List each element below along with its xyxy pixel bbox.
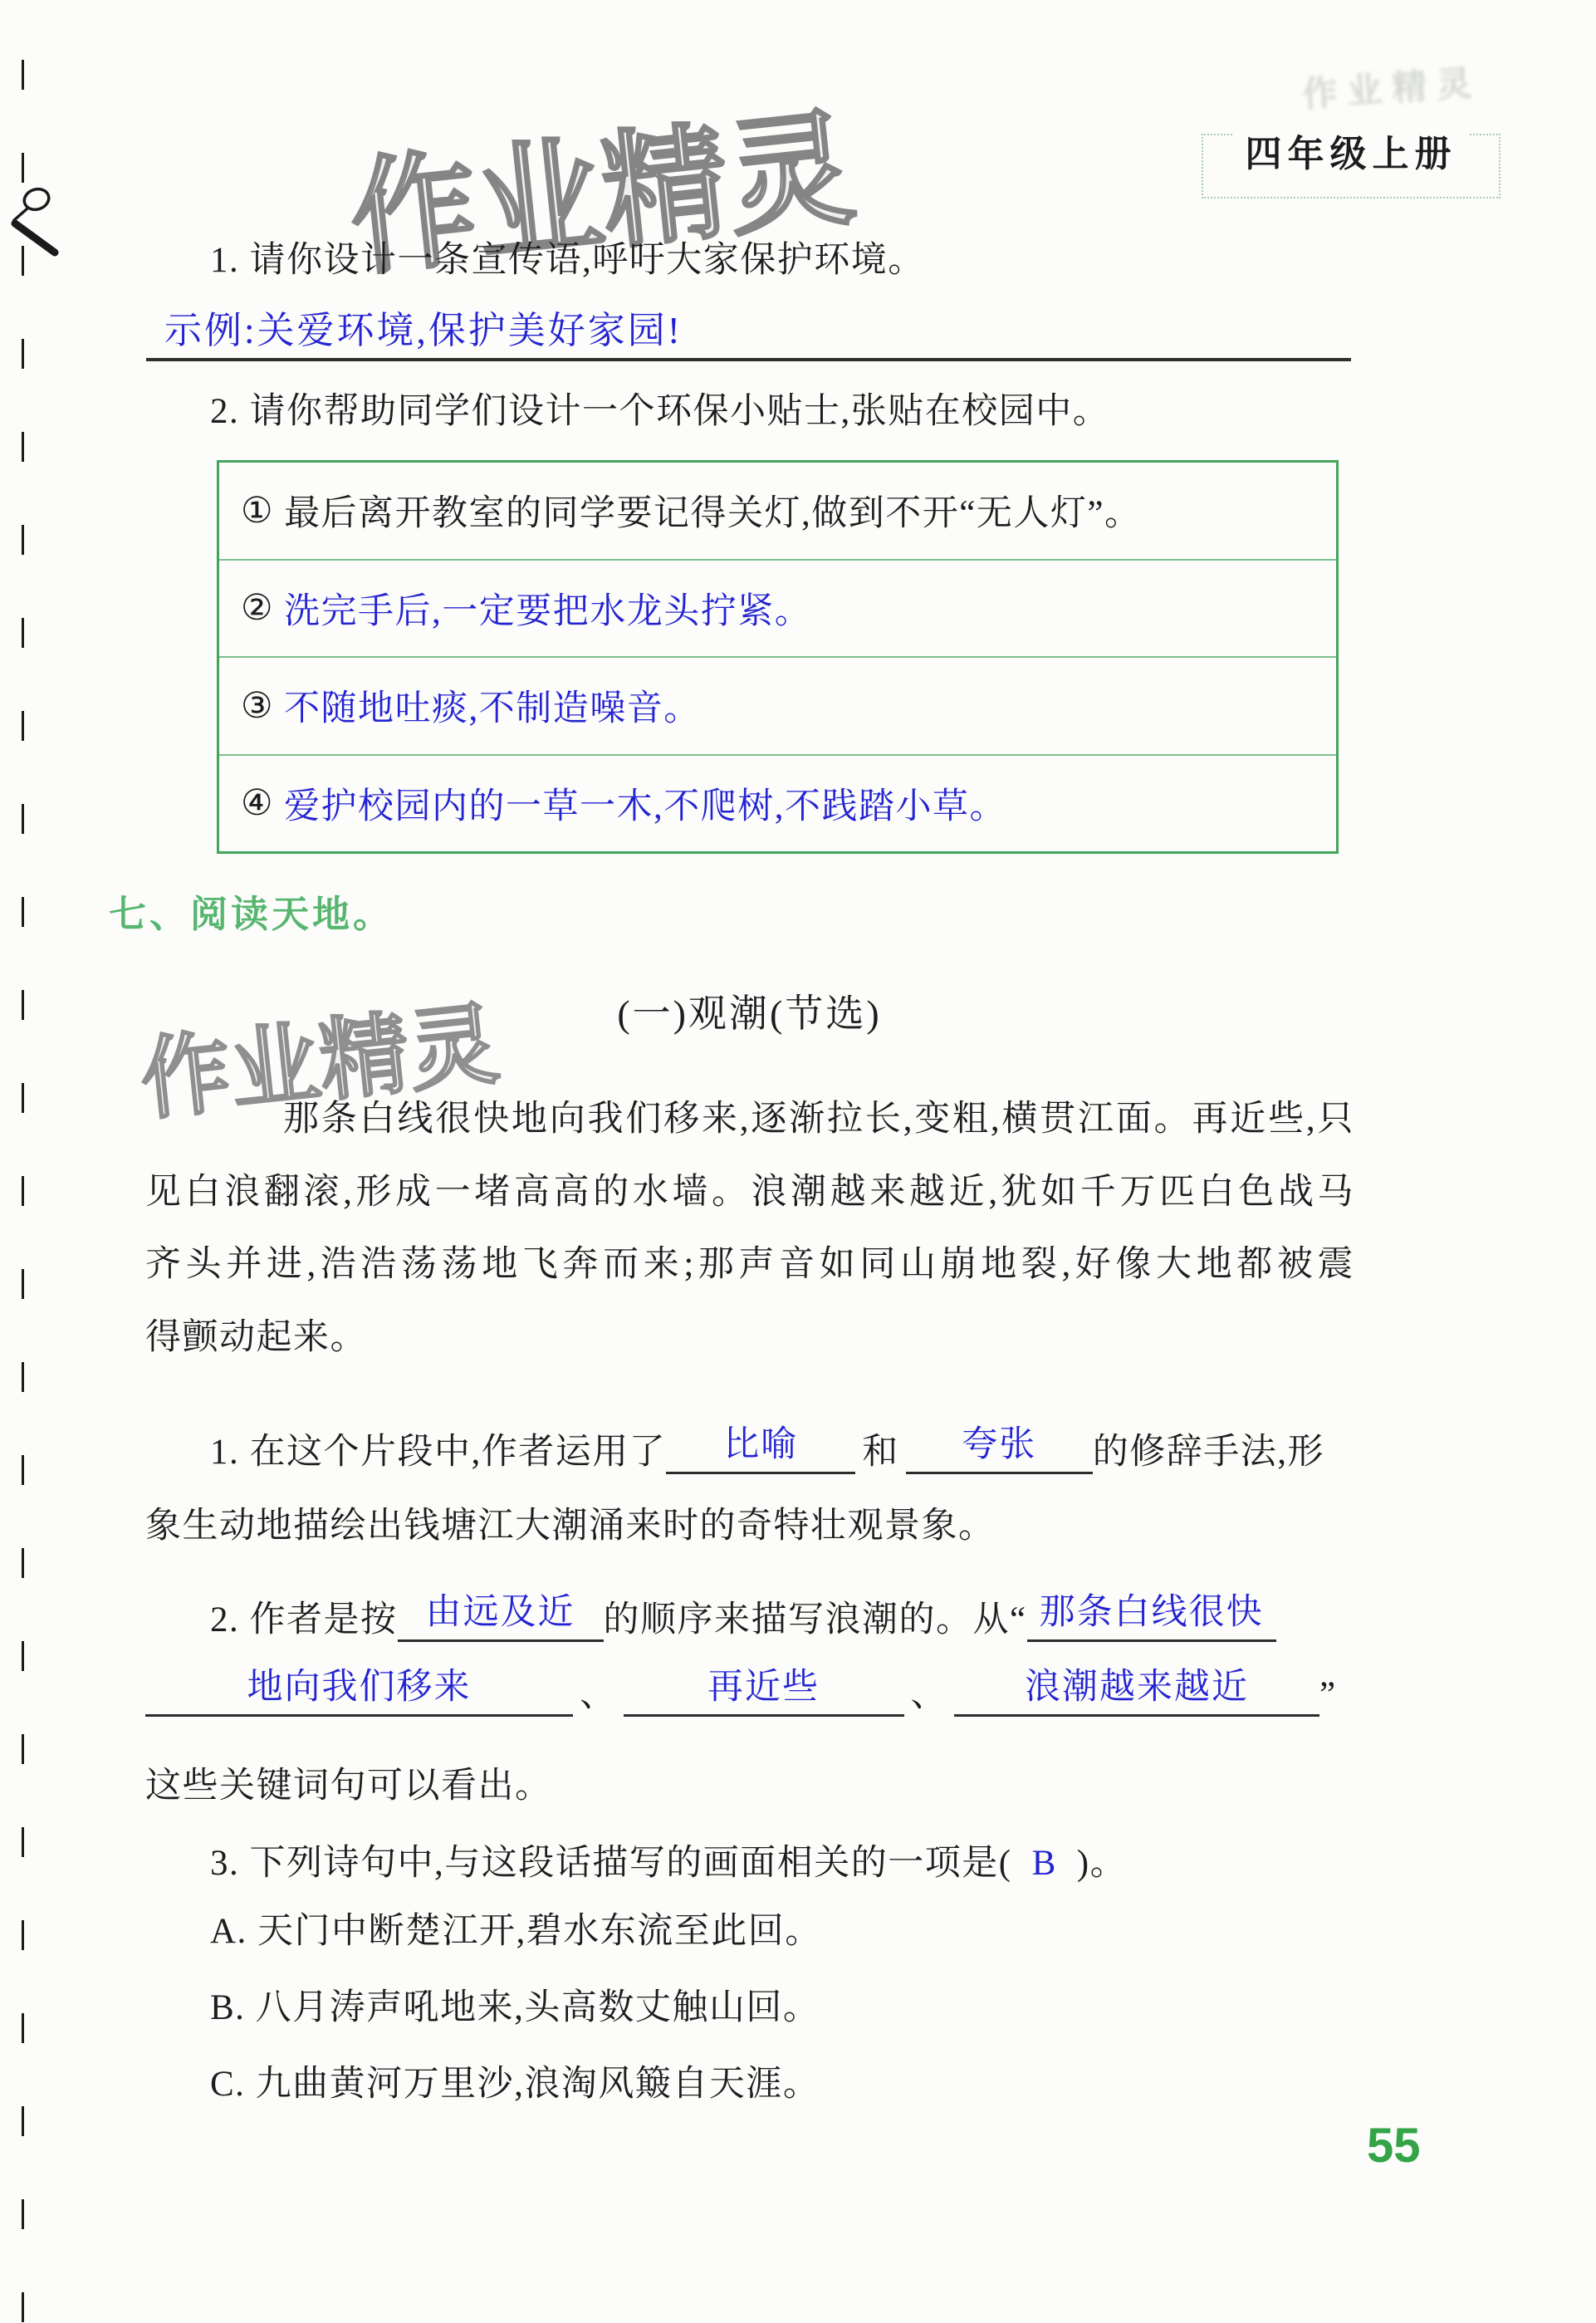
page-number: 55 [1367, 2118, 1421, 2174]
reading-q2-line-1: 2. 作者是按由远及近的顺序来描写浪潮的。从“那条白线很快 [210, 1596, 1276, 1642]
answer-underline [146, 358, 1351, 361]
option-c: C. 九曲黄河万里沙,浪淘风簸自天涯。 [210, 2063, 820, 2106]
tip-row-1: ① 最后离开教室的同学要记得关灯,做到不开“无人灯”。 [219, 463, 1336, 559]
tip-text: 不随地吐痰,不制造噪音。 [284, 680, 701, 731]
blank-answer: 浪潮越来越近 [1025, 1668, 1249, 1707]
fill-blank: 夸张 [906, 1429, 1093, 1474]
passage-line-1: 那条白线很快地向我们移来,逐渐拉长,变粗,横贯江面。再近些,只 [283, 1098, 1354, 1141]
reading-q2-mid: 的顺序来描写浪潮的。从“ [604, 1600, 1027, 1639]
reading-q1-line-2: 象生动地描绘出钱塘江大潮涌来时的奇特壮观景象。 [145, 1505, 996, 1548]
section-heading: 七、阅读天地。 [109, 884, 394, 938]
tip-text: 最后离开教室的同学要记得关灯,做到不开“无人灯”。 [284, 485, 1141, 536]
tip-row-4: ④ 爱护校园内的一草一木,不爬树,不践踏小草。 [219, 754, 1336, 852]
blank-answer: 夸张 [962, 1425, 1036, 1464]
grade-badge-label: 四年级上册 [1234, 124, 1469, 177]
reading-q2-line-2: 地向我们移来、再近些、浪潮越来越近” [145, 1671, 1337, 1717]
workbook-page: 作业精灵 四年级上册 作业精灵 作业精灵 1. 请你设计一条宣传语,呼吁大家保护… [0, 0, 1596, 2323]
option-a: A. 天门中断楚江开,碧水东流至此回。 [210, 1910, 822, 1953]
reading-q2-line-3: 这些关键词句可以看出。 [145, 1765, 552, 1808]
passage-line-3: 齐头并进,浩浩荡荡地飞奔而来;那声音如同山崩地裂,好像大地都被震 [145, 1243, 1354, 1286]
tip-row-3: ③ 不随地吐痰,不制造噪音。 [219, 656, 1336, 754]
reading-title: (一)观潮(节选) [145, 983, 1354, 1038]
passage-line-2: 见白浪翻滚,形成一堵高高的水墙。浪潮越来越近,犹如千万匹白色战马 [145, 1171, 1354, 1214]
reading-q2-prefix: 2. 作者是按 [210, 1600, 398, 1639]
closing-quote: ” [1319, 1675, 1337, 1714]
tip-number: ② [241, 587, 274, 629]
reading-q1-line-1: 1. 在这个片段中,作者运用了比喻和夸张的修辞手法,形 [210, 1429, 1324, 1474]
option-b: B. 八月涛声吼地来,头高数丈触山回。 [210, 1987, 820, 2030]
pin-icon [2, 173, 68, 272]
reading-q1-mid: 和 [855, 1431, 906, 1474]
fill-blank: 那条白线很快 [1027, 1596, 1276, 1642]
fill-blank: 由远及近 [398, 1596, 604, 1642]
tip-text: 爱护校园内的一草一木,不爬树,不践踏小草。 [284, 778, 1006, 829]
question-1-answer: 示例:关爱环境,保护美好家园! [164, 309, 683, 352]
reading-q3-suffix: )。 [1077, 1844, 1127, 1883]
question-1: 1. 请你设计一条宣传语,呼吁大家保护环境。 [210, 239, 925, 282]
list-separator: 、 [573, 1674, 624, 1717]
tip-number: ③ [241, 685, 274, 727]
blank-answer: 比喻 [723, 1425, 798, 1464]
blank-answer: 那条白线很快 [1040, 1593, 1264, 1632]
binding-dashed-line [22, 60, 24, 2323]
question-2: 2. 请你帮助同学们设计一个环保小贴士,张贴在校园中。 [210, 390, 1109, 434]
passage-line-4: 得颤动起来。 [145, 1316, 367, 1360]
grade-badge: 四年级上册 [1202, 134, 1501, 198]
reading-q3-line: 3. 下列诗句中,与这段话描写的画面相关的一项是(B)。 [210, 1842, 1127, 1885]
blank-answer: 再近些 [707, 1668, 820, 1707]
eco-tips-table: ① 最后离开教室的同学要记得关灯,做到不开“无人灯”。 ② 洗完手后,一定要把水… [217, 460, 1339, 854]
fill-blank: 再近些 [624, 1671, 904, 1717]
tip-text: 洗完手后,一定要把水龙头拧紧。 [284, 583, 811, 634]
list-separator: 、 [904, 1674, 955, 1717]
reading-q3-prefix: 3. 下列诗句中,与这段话描写的画面相关的一项是( [210, 1844, 1012, 1883]
choice-answer: B [1012, 1844, 1077, 1883]
tip-number: ① [241, 490, 274, 532]
blank-answer: 由远及近 [426, 1593, 575, 1632]
reading-q1-suffix: 的修辞手法,形 [1093, 1433, 1324, 1472]
faint-watermark: 作业精灵 [1300, 56, 1483, 118]
fill-blank: 浪潮越来越近 [954, 1671, 1319, 1717]
blank-answer: 地向我们移来 [247, 1668, 472, 1707]
fill-blank: 比喻 [666, 1429, 855, 1474]
fill-blank: 地向我们移来 [145, 1671, 573, 1717]
reading-q1-prefix: 1. 在这个片段中,作者运用了 [210, 1433, 666, 1472]
tip-number: ④ [241, 782, 274, 824]
tip-row-2: ② 洗完手后,一定要把水龙头拧紧。 [219, 559, 1336, 657]
